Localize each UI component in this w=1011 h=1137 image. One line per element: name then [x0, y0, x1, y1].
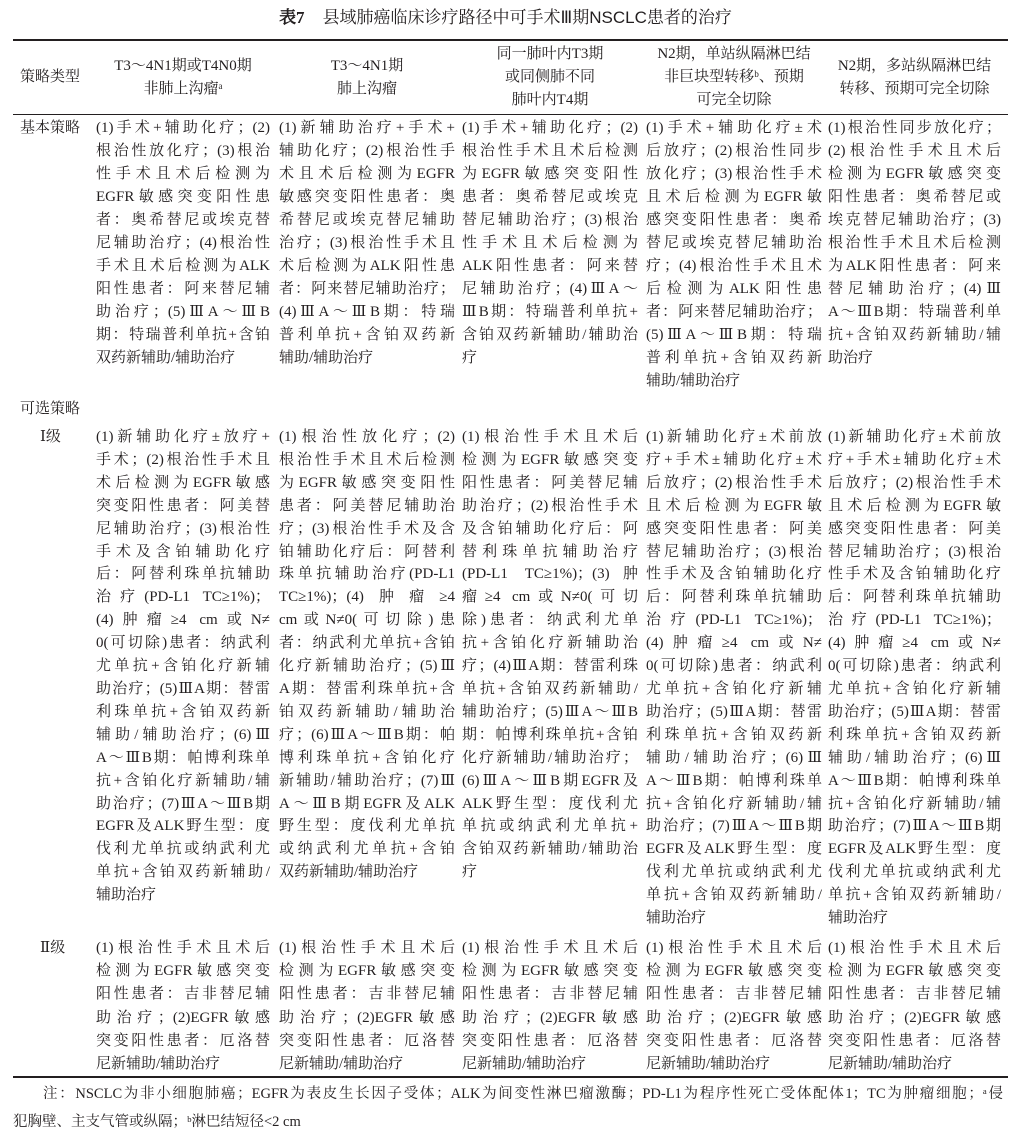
- text-line: 后放疗；(2)根治性手术: [646, 472, 822, 495]
- text-line: (1)根治性手术且术后: [462, 937, 638, 960]
- text-line: 治疗；(3)根治性手术且: [279, 232, 455, 255]
- text-line: 检测为EGFR敏感突变: [462, 960, 638, 983]
- text-line: 后：阿替利珠单抗辅助: [828, 586, 1001, 609]
- text-line: 为EGFR敏感突变阳性: [279, 472, 455, 495]
- text-line: 或同侧肺不同: [505, 66, 595, 89]
- table-cell: (1)根治性手术且术后检测为EGFR敏感突变阳性患者：吉非替尼辅助治疗；(2)E…: [96, 937, 270, 1076]
- text-line: (1)手术+辅助化疗；(2): [462, 117, 638, 140]
- text-line: 疗；(6)ⅢA～ⅢB期：帕: [279, 724, 455, 747]
- table-cell: (1)根治性放化疗；(2)根治性手术且术后检测为EGFR敏感突变阳性患者：阿美替…: [279, 426, 455, 884]
- table-cell: (1)手术+辅助化疗；(2)根治性放化疗；(3)根治性手术且术后检测为EGFR敏…: [96, 117, 270, 370]
- text-line: cm或N≠0(可切除)患: [279, 609, 455, 632]
- text-line: 伐利尤单抗或纳武利尤: [828, 861, 1001, 884]
- text-line: 辅助/辅助治疗: [279, 347, 455, 370]
- text-line: 感突变阳性患者：阿美: [828, 518, 1001, 541]
- column-header-n2-multi-station: N2期，多站纵隔淋巴结转移、预期可完全切除: [828, 41, 1001, 114]
- text-line: 尼辅助治疗；(4)ⅢA～: [462, 278, 638, 301]
- text-line: 者：奥希替尼或埃克替: [96, 209, 270, 232]
- text-line: 助治疗；(2)EGFR敏感: [279, 1007, 455, 1030]
- text-line: (4)肿瘤≥4 cm或N≠: [96, 609, 270, 632]
- text-line: 可完全切除: [696, 89, 771, 112]
- text-line: 尤单抗+含铂化疗新辅: [646, 678, 822, 701]
- table-cell: (1)手术+辅助化疗；(2)根治性手术且术后检测为EGFR敏感突变阳性患者：奥希…: [462, 117, 638, 370]
- text-line: 替尼辅助治疗；(3)根治: [646, 541, 822, 564]
- text-line: 或纳武利尤单抗+含铂: [279, 838, 455, 861]
- text-line: 非肺上沟瘤ᵃ: [143, 78, 222, 101]
- text-line: ALK阳性患者：阿来替: [462, 255, 638, 278]
- text-line: 根治性手术且术后检测: [279, 449, 455, 472]
- table-footnote: 注：NSCLC为非小细胞肺癌；EGFR为表皮生长因子受体；ALK为间变性淋巴瘤激…: [13, 1080, 1003, 1136]
- text-line: 辅助治疗: [828, 907, 1001, 930]
- text-line: 尤单抗+含铂化疗新辅: [96, 655, 270, 678]
- text-line: 手术且术后检测为ALK: [96, 255, 270, 278]
- text-line: (1)手术+辅助化疗±术: [646, 117, 822, 140]
- text-line: 助治疗；(7)ⅢA～ⅢB期: [96, 793, 270, 816]
- text-line: 尼新辅助/辅助治疗: [462, 1053, 638, 1076]
- text-line: 根治性手术且术后检测: [462, 140, 638, 163]
- text-line: 化疗新辅助治疗；(5)Ⅲ: [279, 655, 455, 678]
- text-line: 阳性患者：奥希替尼或: [828, 186, 1001, 209]
- header-row: 策略类型 T3～4N1期或T4N0期非肺上沟瘤ᵃ T3～4N1期肺上沟瘤 同一肺…: [0, 41, 1011, 114]
- text-line: 尼新辅助/辅助治疗: [646, 1053, 822, 1076]
- text-line: 辅助化疗；(2)根治性手: [279, 140, 455, 163]
- text-line: 性手术及含铂辅助化疗: [646, 563, 822, 586]
- text-line: 抗+含铂化疗新辅助/辅: [646, 793, 822, 816]
- text-line: ⅢB期：特瑞普利单抗+: [462, 301, 638, 324]
- table-number: 表7: [279, 8, 305, 27]
- table-cell: (1)根治性手术且术后检测为EGFR敏感突变阳性患者：吉非替尼辅助治疗；(2)E…: [279, 937, 455, 1076]
- text-line: 肺上沟瘤: [337, 78, 397, 101]
- text-line: 疗+手术±辅助化疗±术: [646, 449, 822, 472]
- text-line: 阳性患者：阿来替尼辅: [96, 278, 270, 301]
- text-line: 助治疗；(2)EGFR敏感: [96, 1007, 270, 1030]
- column-header-same-lobe-t3-or-ipsilateral-t4: 同一肺叶内T3期或同侧肺不同肺叶内T4期: [462, 41, 638, 114]
- text-line: A～ⅢB期EGFR及ALK: [279, 793, 455, 816]
- text-line: 突变阳性患者：厄洛替: [96, 1030, 270, 1053]
- table-cell: (1)新辅助化疗±术前放疗+手术±辅助化疗±术后放疗；(2)根治性手术且术后检测…: [828, 426, 1001, 930]
- text-line: 替尼辅助治疗；(4)Ⅲ: [828, 278, 1001, 301]
- text-line: (1)根治性同步放化疗；: [828, 117, 1001, 140]
- table-cell: (1)根治性手术且术后检测为EGFR敏感突变阳性患者：吉非替尼辅助治疗；(2)E…: [828, 937, 1001, 1076]
- text-line: 助治疗；(2)EGFR敏感: [646, 1007, 822, 1030]
- text-line: 检测为EGFR敏感突变: [96, 960, 270, 983]
- table-cell: (1)根治性手术且术后检测为EGFR敏感突变阳性患者：吉非替尼辅助治疗；(2)E…: [462, 937, 638, 1076]
- text-line: 根治性放化疗；(3)根治: [96, 140, 270, 163]
- text-line: 治疗(PD-L1 TC≥1%)；: [646, 609, 822, 632]
- text-line: 转移、预期可完全切除: [839, 78, 989, 101]
- text-line: 伐利尤单抗或纳武利尤: [646, 861, 822, 884]
- text-line: 单抗+含铂双药新辅助/: [96, 861, 270, 884]
- table-title: 表7县域肺癌临床诊疗路径中可手术Ⅲ期NSCLC患者的治疗: [0, 7, 1011, 29]
- text-line: 后检测为ALK阳性患: [646, 278, 822, 301]
- text-line: 单抗+含铂双药新辅助/: [828, 884, 1001, 907]
- text-line: EGFR敏感突变阳性患: [96, 186, 270, 209]
- text-line: 铂辅助化疗后：阿替利: [279, 541, 455, 564]
- text-line: 阳性患者：吉非替尼辅: [828, 983, 1001, 1006]
- text-line: (1)根治性手术且术后: [279, 937, 455, 960]
- text-line: 后：阿替利珠单抗辅助: [96, 563, 270, 586]
- text-line: 疗；(3)根治性手术及含: [279, 518, 455, 541]
- table-cell: (1)根治性手术且术后检测为EGFR敏感突变阳性患者：阿美替尼辅助治疗；(2)根…: [462, 426, 638, 884]
- column-header-t3-4n1-or-t4n0-non-pancoast: T3～4N1期或T4N0期非肺上沟瘤ᵃ: [96, 41, 270, 114]
- text-line: 突变阳性患者：厄洛替: [646, 1030, 822, 1053]
- table-cell: (1)新辅助化疗±放疗+手术；(2)根治性手术且术后检测为EGFR敏感突变阳性患…: [96, 426, 270, 907]
- text-line: 者：纳武利尤单抗+含铂: [279, 632, 455, 655]
- text-line: 放化疗；(3)根治性手术: [646, 163, 822, 186]
- text-line: (2)根治性手术且术后: [828, 140, 1001, 163]
- text-line: 注：NSCLC为非小细胞肺癌；EGFR为表皮生长因子受体；ALK为间变性淋巴瘤激…: [13, 1080, 1003, 1108]
- text-line: 手术及含铂辅助化疗: [96, 541, 270, 564]
- text-line: 0(可切除)患者：纳武利: [96, 632, 270, 655]
- text-line: 0(可切除)患者：纳武利: [646, 655, 822, 678]
- text-line: 单抗+含铂双药新辅助/: [646, 884, 822, 907]
- text-line: 普利单抗+含铂双药新: [279, 324, 455, 347]
- text-line: (1)根治性放化疗；(2): [279, 426, 455, 449]
- text-line: 助治疗；(2)根治性手术: [462, 495, 638, 518]
- text-line: 突变阳性患者：厄洛替: [462, 1030, 638, 1053]
- text-line: 瘤≥4 cm或N≠0(可切: [462, 586, 638, 609]
- text-line: 治疗(PD-L1 TC≥1%)；: [96, 586, 270, 609]
- text-line: EGFR及ALK野生型：度: [96, 815, 270, 838]
- text-line: (1)新辅助治疗+手术+: [279, 117, 455, 140]
- text-line: 辅助治疗: [96, 884, 270, 907]
- text-line: 突变阳性患者：厄洛替: [279, 1030, 455, 1053]
- text-line: 助治疗；(7)ⅢA～ⅢB期: [828, 815, 1001, 838]
- text-line: (1)新辅助化疗±术前放: [646, 426, 822, 449]
- text-line: 突变阳性患者：阿美替: [96, 495, 270, 518]
- bottom-rule: [13, 1076, 1008, 1078]
- text-line: 感突变阳性患者：奥希: [646, 209, 822, 232]
- text-line: 性手术及含铂辅助化疗: [828, 563, 1001, 586]
- text-line: 铂双药新辅助/辅助治: [279, 701, 455, 724]
- text-line: 检测为EGFR敏感突变: [279, 960, 455, 983]
- text-line: 助治疗；(2)EGFR敏感: [828, 1007, 1001, 1030]
- text-line: 根治性手术且术后检测: [828, 232, 1001, 255]
- text-line: 野生型：度伐利尤单抗: [279, 815, 455, 838]
- text-line: N2期，单站纵隔淋巴结: [657, 43, 810, 66]
- table-cell: (1)新辅助化疗±术前放疗+手术±辅助化疗±术后放疗；(2)根治性手术且术后检测…: [646, 426, 822, 930]
- text-line: 犯胸壁、主支气管或纵隔；ᵇ淋巴结短径<2 cm: [13, 1108, 1003, 1136]
- text-line: A～ⅢB期：帕博利珠单: [828, 770, 1001, 793]
- text-line: 助治疗；(7)ⅢA～ⅢB期: [646, 815, 822, 838]
- text-line: (1)根治性手术且术后: [462, 426, 638, 449]
- text-line: 疗: [462, 347, 638, 370]
- text-line: 助治疗: [828, 347, 1001, 370]
- text-line: (1)新辅助化疗±放疗+: [96, 426, 270, 449]
- text-line: 疗；(4)ⅢA期：替雷利珠: [462, 655, 638, 678]
- text-line: 替尼辅助治疗；(3)根治: [462, 209, 638, 232]
- text-line: 且术后检测为EGFR敏: [646, 495, 822, 518]
- text-line: 及含铂辅助化疗后：阿: [462, 518, 638, 541]
- text-line: 尼新辅助/辅助治疗: [279, 1053, 455, 1076]
- text-line: T3～4N1期: [331, 55, 404, 78]
- text-line: (4)ⅢA～ⅢB期：特瑞: [279, 301, 455, 324]
- text-line: 阳性患者：吉非替尼辅: [462, 983, 638, 1006]
- text-line: (6)ⅢA～ⅢB期EGFR及: [462, 770, 638, 793]
- table-cell: (1)根治性同步放化疗；(2)根治性手术且术后检测为EGFR敏感突变阳性患者：奥…: [828, 117, 1001, 370]
- text-line: 后放疗；(2)根治性同步: [646, 140, 822, 163]
- text-line: A～ⅢB期：帕博利珠单: [96, 747, 270, 770]
- row-label: Ⅰ级: [40, 426, 61, 449]
- text-line: ALK野生型：度伐利尤: [462, 793, 638, 816]
- text-line: 肺叶内T4期: [512, 89, 589, 112]
- text-line: (PD-L1 TC≥1%)；(3)肿: [462, 563, 638, 586]
- text-line: 助治疗；(5)ⅢA～ⅢB: [96, 301, 270, 324]
- text-line: 双药新辅助/辅助治疗: [279, 861, 455, 884]
- text-line: (4)肿瘤≥4 cm或N≠: [646, 632, 822, 655]
- text-line: 辅助治疗；(5)ⅢA～ⅢB: [462, 701, 638, 724]
- row-label: 可选策略: [20, 398, 80, 421]
- text-line: 尼新辅助/辅助治疗: [96, 1053, 270, 1076]
- text-line: (4)肿瘤≥4 cm或N≠: [828, 632, 1001, 655]
- text-line: 阳性患者：吉非替尼辅: [646, 983, 822, 1006]
- text-line: 尼辅助治疗；(4)根治性: [96, 232, 270, 255]
- text-line: 后：阿替利珠单抗辅助: [646, 586, 822, 609]
- text-line: EGFR及ALK野生型：度: [646, 838, 822, 861]
- text-line: (1)手术+辅助化疗；(2): [96, 117, 270, 140]
- text-line: 化疗新辅助/辅助治疗；: [462, 747, 638, 770]
- text-line: A～ⅢB期：特瑞普利单: [828, 301, 1001, 324]
- text-line: 辅助/辅助治疗；(6)Ⅲ: [646, 747, 822, 770]
- text-line: 期：帕博利珠单抗+含铂: [462, 724, 638, 747]
- text-line: 疗；(4)根治性手术且术: [646, 255, 822, 278]
- text-line: 含铂双药新辅助/辅助治: [462, 324, 638, 347]
- text-line: 术且术后检测为EGFR: [279, 163, 455, 186]
- text-line: 患者：奥希替尼或埃克: [462, 186, 638, 209]
- text-line: 尼新辅助/辅助治疗: [828, 1053, 1001, 1076]
- text-line: 助治疗；(5)ⅢA期：替雷: [96, 678, 270, 701]
- text-line: 为EGFR敏感突变阳性: [462, 163, 638, 186]
- table-cell: (1)根治性手术且术后检测为EGFR敏感突变阳性患者：吉非替尼辅助治疗；(2)E…: [646, 937, 822, 1076]
- column-header-t3-4n1-pancoast: T3～4N1期肺上沟瘤: [279, 41, 455, 114]
- table-caption: 县域肺癌临床诊疗路径中可手术Ⅲ期NSCLC患者的治疗: [323, 8, 732, 27]
- row-label: 基本策略: [20, 117, 80, 140]
- text-line: 性手术且术后检测为: [96, 163, 270, 186]
- text-line: 利珠单抗+含铂双药新: [96, 701, 270, 724]
- text-line: 尼辅助治疗；(3)根治性: [96, 518, 270, 541]
- text-line: 博利珠单抗+含铂化疗: [279, 747, 455, 770]
- text-line: 疗: [462, 861, 638, 884]
- text-line: (1)根治性手术且术后: [828, 937, 1001, 960]
- text-line: T3～4N1期或T4N0期: [114, 55, 252, 78]
- text-line: 为ALK阳性患者：阿来: [828, 255, 1001, 278]
- text-line: 检测为EGFR敏感突变: [646, 960, 822, 983]
- text-line: 抗+含铂化疗新辅助/辅: [96, 770, 270, 793]
- text-line: 辅助/辅助治疗；(6)Ⅲ: [96, 724, 270, 747]
- text-line: 检测为EGFR敏感突变: [828, 960, 1001, 983]
- text-line: 且术后检测为EGFR敏: [646, 186, 822, 209]
- text-line: 助治疗；(2)EGFR敏感: [462, 1007, 638, 1030]
- row-label: Ⅱ级: [40, 937, 65, 960]
- text-line: 性手术且术后检测为: [462, 232, 638, 255]
- text-line: 后放疗；(2)根治性手术: [828, 472, 1001, 495]
- text-line: 含铂双药新辅助/辅助治: [462, 838, 638, 861]
- text-line: 替尼或埃克替尼辅助治: [646, 232, 822, 255]
- text-line: 利珠单抗+含铂双药新: [828, 724, 1001, 747]
- text-line: 患者：阿美替尼辅助治: [279, 495, 455, 518]
- column-header-strategy-type: 策略类型: [20, 41, 96, 114]
- text-line: 阳性患者：吉非替尼辅: [96, 983, 270, 1006]
- column-header-n2-single-station: N2期，单站纵隔淋巴结非巨块型转移ᵇ、预期可完全切除: [646, 41, 822, 114]
- text-line: N2期，多站纵隔淋巴结: [838, 55, 991, 78]
- text-line: 利珠单抗+含铂双药新: [646, 724, 822, 747]
- text-line: 普利单抗+含铂双药新: [646, 347, 822, 370]
- text-line: 辅助/辅助治疗；(6)Ⅲ: [828, 747, 1001, 770]
- text-line: 辅助治疗: [646, 907, 822, 930]
- text-line: 替利珠单抗辅助治疗: [462, 541, 638, 564]
- text-line: 感突变阳性患者：阿美: [646, 518, 822, 541]
- text-line: 策略类型: [20, 66, 80, 89]
- text-line: 替尼辅助治疗；(3)根治: [828, 541, 1001, 564]
- text-line: EGFR及ALK野生型：度: [828, 838, 1001, 861]
- text-line: 希替尼或埃克替尼辅助: [279, 209, 455, 232]
- table-cell: (1)新辅助治疗+手术+辅助化疗；(2)根治性手术且术后检测为EGFR敏感突变阳…: [279, 117, 455, 370]
- text-line: 0(可切除)患者：纳武利: [828, 655, 1001, 678]
- text-line: 阳性患者：吉非替尼辅: [279, 983, 455, 1006]
- table-cell: (1)手术+辅助化疗±术后放疗；(2)根治性同步放化疗；(3)根治性手术且术后检…: [646, 117, 822, 393]
- text-line: A期：替雷利珠单抗+含: [279, 678, 455, 701]
- text-line: 手术；(2)根治性手术且: [96, 449, 270, 472]
- text-line: (1)新辅助化疗±术前放: [828, 426, 1001, 449]
- text-line: 同一肺叶内T3期: [497, 43, 604, 66]
- text-line: 突变阳性患者：厄洛替: [828, 1030, 1001, 1053]
- text-line: 且术后检测为EGFR敏: [828, 495, 1001, 518]
- text-line: 尤单抗+含铂化疗新辅: [828, 678, 1001, 701]
- text-line: 治疗(PD-L1 TC≥1%)；: [828, 609, 1001, 632]
- text-line: TC≥1%)；(4)肿瘤≥4: [279, 586, 455, 609]
- text-line: 新辅助/辅助治疗；(7)Ⅲ: [279, 770, 455, 793]
- text-line: 抗+含铂双药新辅助/辅: [828, 324, 1001, 347]
- text-line: 伐利尤单抗或纳武利尤: [96, 838, 270, 861]
- text-line: (1)根治性手术且术后: [646, 937, 822, 960]
- text-line: 阳性患者：阿美替尼辅: [462, 472, 638, 495]
- text-line: 单抗+含铂双药新辅助/: [462, 678, 638, 701]
- text-line: 检测为EGFR敏感突变: [462, 449, 638, 472]
- text-line: 抗+含铂化疗新辅助/辅: [828, 793, 1001, 816]
- text-line: 埃克替尼辅助治疗；(3): [828, 209, 1001, 232]
- text-line: 者：阿来替尼辅助治疗；: [279, 278, 455, 301]
- text-line: 检测为EGFR敏感突变: [828, 163, 1001, 186]
- text-line: 抗+含铂化疗新辅助治: [462, 632, 638, 655]
- text-line: 珠单抗辅助治疗(PD-L1: [279, 563, 455, 586]
- text-line: 助治疗；(5)ⅢA期：替雷: [828, 701, 1001, 724]
- text-line: 非巨块型转移ᵇ、预期: [664, 66, 804, 89]
- text-line: (5)ⅢA～ⅢB期：特瑞: [646, 324, 822, 347]
- text-line: 疗+手术±辅助化疗±术: [828, 449, 1001, 472]
- text-line: 单抗或纳武利尤单抗+: [462, 815, 638, 838]
- text-line: 除)患者：纳武利尤单: [462, 609, 638, 632]
- text-line: 敏感突变阳性患者：奥: [279, 186, 455, 209]
- text-line: A～ⅢB期：帕博利珠单: [646, 770, 822, 793]
- text-line: 双药新辅助/辅助治疗: [96, 347, 270, 370]
- header-rule: [13, 114, 1008, 115]
- text-line: 术后检测为ALK阳性患: [279, 255, 455, 278]
- text-line: 期：特瑞普利单抗+含铂: [96, 324, 270, 347]
- text-line: 者：阿来替尼辅助治疗；: [646, 301, 822, 324]
- text-line: 术后检测为EGFR敏感: [96, 472, 270, 495]
- text-line: 辅助/辅助治疗: [646, 370, 822, 393]
- text-line: (1)根治性手术且术后: [96, 937, 270, 960]
- text-line: 助治疗；(5)ⅢA期：替雷: [646, 701, 822, 724]
